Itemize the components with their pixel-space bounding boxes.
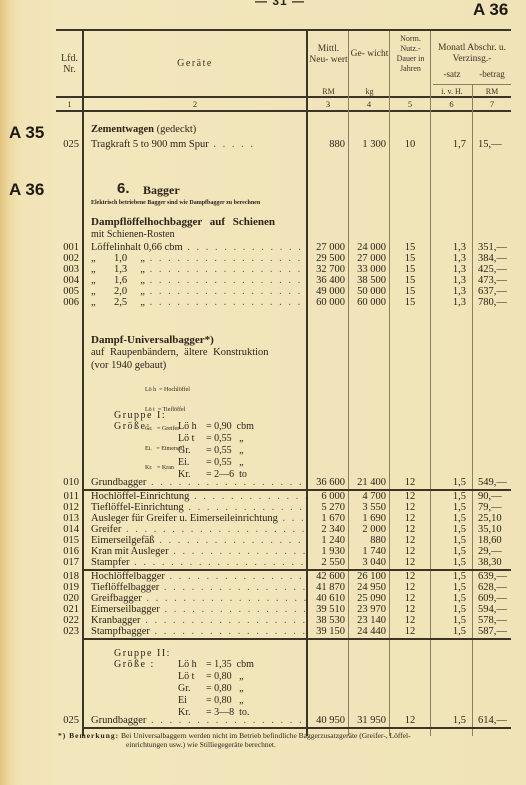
zementwagen-title: Zementwagen (gedeckt) (91, 124, 196, 135)
row-betrag: 384,— (478, 253, 512, 264)
row-dauer: 12 (390, 557, 430, 568)
row-satz: 1,3 (431, 275, 466, 286)
row-desc: Stampfer . . . . . . . . . . . . . . . .… (91, 557, 306, 568)
table-row: 002„ 1,0 „ . . . . . . . . . . . . . . .… (0, 253, 526, 264)
row-desc: Hochlöffel-Einrichtung . . . . . . . . .… (91, 491, 306, 502)
row-dauer: 12 (390, 502, 430, 513)
table-row: 011Hochlöffel-Einrichtung . . . . . . . … (0, 491, 526, 502)
row-neuwert: 2 550 (307, 557, 345, 568)
size-key: Ei (178, 695, 206, 707)
table-row: 010Grundbagger . . . . . . . . . . . . .… (0, 477, 526, 488)
table-row: 005„ 2,0 „ . . . . . . . . . . . . . . .… (0, 286, 526, 297)
row-gewicht: 3 040 (349, 557, 386, 568)
size-value: = 0,55 „ (206, 457, 244, 468)
colnum-3: 3 (308, 99, 348, 109)
row-nr: 014 (57, 524, 79, 535)
footnote-text-2: einrichtungen usw.) wie Stilliegegeräte … (58, 740, 518, 749)
legend-item: Lö h = Hochlöffel (145, 387, 190, 394)
size-spec: Lö t= 0,80 „ (178, 671, 254, 683)
row-gewicht: 2 000 (349, 524, 386, 535)
row-nr: 003 (57, 264, 79, 275)
row-satz: 1,5 (431, 593, 466, 604)
sub1-title: Dampflöffelhochbagger auf Schienen (91, 216, 275, 228)
size-key: Lö h (178, 421, 206, 433)
row-satz: 1,5 (431, 513, 466, 524)
row-desc: Grundbagger . . . . . . . . . . . . . . … (91, 477, 306, 488)
row-satz: 1,3 (431, 297, 466, 308)
row-dauer: 15 (390, 242, 430, 253)
table-row: 012Tieflöffel-Einrichtung . . . . . . . … (0, 502, 526, 513)
row-nr: 019 (57, 582, 79, 593)
row-nr: 020 (57, 593, 79, 604)
size-value: = 0,80 „ (206, 671, 244, 682)
row-dauer: 15 (390, 275, 430, 286)
header-satz-unit: i. v. H. (432, 86, 472, 97)
row-desc: „ 2,5 „ . . . . . . . . . . . . . . . . … (91, 297, 306, 308)
row-desc: Hochlöffelbagger . . . . . . . . . . . .… (91, 571, 306, 582)
row-betrag: 639,— (478, 571, 512, 582)
header-monatl-abschr: Monatl Abschr. u. Verzinsg.- (432, 43, 512, 65)
size-spec: Ei.= 0,55 „ (178, 457, 254, 469)
subheader-rule (433, 84, 511, 85)
row-dauer: 12 (390, 582, 430, 593)
size-key: Ei. (178, 457, 206, 469)
size-spec: Lö t= 0,55 „ (178, 433, 254, 445)
row-desc: „ 1,0 „ . . . . . . . . . . . . . . . . … (91, 253, 306, 264)
row-gewicht: 1 740 (349, 546, 386, 557)
table-row: 015Eimerseilgefäß . . . . . . . . . . . … (0, 535, 526, 546)
row-satz: 1,7 (431, 139, 466, 150)
row-nr: 017 (57, 557, 79, 568)
row-satz: 1,5 (431, 604, 466, 615)
table-row: 003„ 1,3 „ . . . . . . . . . . . . . . .… (0, 264, 526, 275)
row-dauer: 15 (390, 253, 430, 264)
row-dauer: 12 (390, 615, 430, 626)
row-desc: Stampfbagger . . . . . . . . . . . . . .… (91, 626, 306, 637)
row-gewicht: 50 000 (349, 286, 386, 297)
row-satz: 1,5 (431, 477, 466, 488)
table-row: 014Greifer . . . . . . . . . . . . . . .… (0, 524, 526, 535)
row-nr: 002 (57, 253, 79, 264)
row-nr: 001 (57, 242, 79, 253)
row-desc: Kranbagger . . . . . . . . . . . . . . .… (91, 615, 306, 626)
size-spec: Ei= 0,80 „ (178, 695, 254, 707)
header-nutzdauer: Norm. Nutz.- Dauer in Jahren (391, 34, 430, 74)
row-desc: „ 1,6 „ . . . . . . . . . . . . . . . . … (91, 275, 306, 286)
row-desc: Grundbagger . . . . . . . . . . . . . . … (91, 715, 306, 726)
row-gewicht: 4 700 (349, 491, 386, 502)
sub2-title: Dampf-Universalbagger*) (91, 334, 214, 346)
row-betrag: 351,— (478, 242, 512, 253)
table-row: 025Grundbagger . . . . . . . . . . . . .… (0, 715, 526, 726)
row-dauer: 12 (390, 571, 430, 582)
row-dauer: 12 (390, 535, 430, 546)
row-satz: 1,5 (431, 524, 466, 535)
section-mark-top: A 36 (473, 0, 508, 20)
table-row: 017Stampfer . . . . . . . . . . . . . . … (0, 557, 526, 568)
row-neuwert: 880 (307, 139, 345, 150)
row-neuwert: 5 270 (307, 502, 345, 513)
row-neuwert: 42 600 (307, 571, 345, 582)
row-betrag: 15,— (478, 139, 512, 150)
row-nr: 006 (57, 297, 79, 308)
size-key: Lö t (178, 433, 206, 445)
row-betrag: 90,— (478, 491, 512, 502)
row-neuwert: 39 510 (307, 604, 345, 615)
row-neuwert: 27 000 (307, 242, 345, 253)
row-nr: 015 (57, 535, 79, 546)
row-dauer: 15 (390, 264, 430, 275)
row-gewicht: 1 300 (349, 139, 386, 150)
row-neuwert: 2 340 (307, 524, 345, 535)
row-nr: 022 (57, 615, 79, 626)
row-desc: Tragkraft 5 to 900 mm Spur . . . . . (91, 139, 306, 150)
row-desc: „ 2,0 „ . . . . . . . . . . . . . . . . … (91, 286, 306, 297)
row-gewicht: 38 500 (349, 275, 386, 286)
row-gewicht: 26 100 (349, 571, 386, 582)
size-value: = 0,90 cbm (206, 421, 254, 432)
row-dauer: 15 (390, 286, 430, 297)
row-neuwert: 49 000 (307, 286, 345, 297)
footnote-text-1: Bei Universalbaggern werden nicht im Bet… (121, 731, 411, 740)
row-nr: 011 (57, 491, 79, 502)
row-neuwert: 39 150 (307, 626, 345, 637)
row-betrag: 38,30 (478, 557, 512, 568)
colnum-7: 7 (473, 99, 511, 109)
row-betrag: 35,10 (478, 524, 512, 535)
size-spec: Lö h= 0,90 cbm (178, 421, 254, 433)
sub2-line2: (vor 1940 gebaut) (91, 360, 166, 371)
row-satz: 1,5 (431, 491, 466, 502)
colnum-6: 6 (431, 99, 472, 109)
row-desc: Tieflöffel-Einrichtung . . . . . . . . .… (91, 502, 306, 513)
row-dauer: 12 (390, 604, 430, 615)
row-dauer: 12 (390, 524, 430, 535)
footnote-marker: *) Bemerkung: (58, 731, 119, 740)
table-row: 004„ 1,6 „ . . . . . . . . . . . . . . .… (0, 275, 526, 286)
row-neuwert: 29 500 (307, 253, 345, 264)
row-dauer: 12 (390, 477, 430, 488)
row-nr: 004 (57, 275, 79, 286)
row-gewicht: 1 690 (349, 513, 386, 524)
size-key: Lö t (178, 671, 206, 683)
row-dauer: 12 (390, 546, 430, 557)
row-neuwert: 40 950 (307, 715, 345, 726)
gruppe1-sizes: Lö h= 0,90 cbmLö t= 0,55 „Gr.= 0,55 „Ei.… (178, 421, 254, 481)
row-neuwert: 1 240 (307, 535, 345, 546)
size-value: = 0,80 „ (206, 695, 244, 706)
colnum-2: 2 (84, 99, 306, 109)
header-neuwert: Mittl. Neu- wert (309, 44, 348, 66)
size-value: = 0,80 „ (206, 683, 244, 694)
table-row: 021Eimerseilbagger . . . . . . . . . . .… (0, 604, 526, 615)
colnum-5: 5 (390, 99, 430, 109)
row-satz: 1,5 (431, 715, 466, 726)
footnote: *) Bemerkung: Bei Universalbaggern werde… (58, 731, 518, 749)
row-gewicht: 23 140 (349, 615, 386, 626)
row-satz: 1,5 (431, 557, 466, 568)
row-satz: 1,5 (431, 546, 466, 557)
row-gewicht: 23 970 (349, 604, 386, 615)
table-row: 022Kranbagger . . . . . . . . . . . . . … (0, 615, 526, 626)
size-key: Lö h (178, 659, 206, 671)
row-betrag: 637,— (478, 286, 512, 297)
row-neuwert: 6 000 (307, 491, 345, 502)
row-nr: 018 (57, 571, 79, 582)
size-key: Gr. (178, 445, 206, 457)
row-gewicht: 3 550 (349, 502, 386, 513)
row-neuwert: 36 400 (307, 275, 345, 286)
gruppe2-groesse-label: Größe : (114, 659, 155, 671)
row-dauer: 12 (390, 513, 430, 524)
row-nr: 013 (57, 513, 79, 524)
size-spec: Gr.= 0,80 „ (178, 683, 254, 695)
row-gewicht: 60 000 (349, 297, 386, 308)
row-satz: 1,3 (431, 264, 466, 275)
row-nr: 012 (57, 502, 79, 513)
row-gewicht: 880 (349, 535, 386, 546)
row-gewicht: 31 950 (349, 715, 386, 726)
table-row: 020Greifbagger . . . . . . . . . . . . .… (0, 593, 526, 604)
row-satz: 1,5 (431, 502, 466, 513)
row-betrag: 594,— (478, 604, 512, 615)
zementwagen-title-note: (gedeckt) (157, 124, 197, 135)
row-nr: 016 (57, 546, 79, 557)
row-dauer: 15 (390, 297, 430, 308)
gruppe1-groesse-label: Größe: (114, 421, 151, 433)
row-gewicht: 24 000 (349, 242, 386, 253)
table-row: 018Hochlöffelbagger . . . . . . . . . . … (0, 571, 526, 582)
row-betrag: 578,— (478, 615, 512, 626)
row-desc: Eimerseilgefäß . . . . . . . . . . . . .… (91, 535, 306, 546)
row-neuwert: 40 610 (307, 593, 345, 604)
row-desc: Greifer . . . . . . . . . . . . . . . . … (91, 524, 306, 535)
row-dauer: 12 (390, 715, 430, 726)
rule-after-komplett (84, 638, 511, 640)
header-neuwert-unit: RM (309, 86, 348, 97)
size-value: = 0,55 „ (206, 445, 244, 456)
row-satz: 1,3 (431, 253, 466, 264)
row-desc: Eimerseilbagger . . . . . . . . . . . . … (91, 604, 306, 615)
row-dauer: 12 (390, 593, 430, 604)
row-dauer: 12 (390, 491, 430, 502)
row-satz: 1,5 (431, 571, 466, 582)
bagger-note: Elektrisch betriebene Bagger sind wie Da… (91, 200, 303, 207)
row-neuwert: 32 700 (307, 264, 345, 275)
gruppe2-sizes: Lö h= 1,35 cbmLö t= 0,80 „Gr.= 0,80 „Ei=… (178, 659, 254, 719)
row-betrag: 79,— (478, 502, 512, 513)
row-nr: 025 (57, 139, 79, 150)
row-satz: 1,3 (431, 242, 466, 253)
row-betrag: 628,— (478, 582, 512, 593)
header-geraete: Geräte (84, 58, 306, 69)
size-key: Gr. (178, 683, 206, 695)
row-nr: 023 (57, 626, 79, 637)
row-betrag: 780,— (478, 297, 512, 308)
row-betrag: 549,— (478, 477, 512, 488)
table-row: 023Stampfbagger . . . . . . . . . . . . … (0, 626, 526, 637)
colnum-bottom-rule (56, 110, 511, 112)
table-bottom-rule (84, 727, 511, 729)
row-desc: „ 1,3 „ . . . . . . . . . . . . . . . . … (91, 264, 306, 275)
row-dauer: 10 (390, 139, 430, 150)
bagger-title: Bagger (143, 183, 180, 198)
row-nr: 021 (57, 604, 79, 615)
colnum-4: 4 (349, 99, 389, 109)
row-desc: Löffelinhalt 0,66 cbm . . . . . . . . . … (91, 242, 306, 253)
row-satz: 1,3 (431, 286, 466, 297)
row-betrag: 29,— (478, 546, 512, 557)
table-row: 013Ausleger für Greifer u. Eimerseileinr… (0, 513, 526, 524)
row-gewicht: 27 000 (349, 253, 386, 264)
size-value: = 1,35 cbm (206, 659, 254, 670)
size-spec: Gr.= 0,55 „ (178, 445, 254, 457)
header-gewicht-unit: kg (350, 86, 389, 97)
row-betrag: 25,10 (478, 513, 512, 524)
row-satz: 1,5 (431, 582, 466, 593)
side-mark-a36: A 36 (9, 180, 44, 200)
row-neuwert: 60 000 (307, 297, 345, 308)
table-top-rule (56, 29, 511, 31)
row-desc: Tieflöffelbagger . . . . . . . . . . . .… (91, 582, 306, 593)
row-betrag: 614,— (478, 715, 512, 726)
row-desc: Greifbagger . . . . . . . . . . . . . . … (91, 593, 306, 604)
table-row: 001Löffelinhalt 0,66 cbm . . . . . . . .… (0, 242, 526, 253)
page-number: — 31 — (255, 0, 305, 8)
table-row: 019Tieflöffelbagger . . . . . . . . . . … (0, 582, 526, 593)
table-row: 016Kran mit Ausleger . . . . . . . . . .… (0, 546, 526, 557)
row-gewicht: 24 950 (349, 582, 386, 593)
row-desc: Ausleger für Greifer u. Eimerseileinrich… (91, 513, 306, 524)
row-neuwert: 1 670 (307, 513, 345, 524)
row-neuwert: 41 870 (307, 582, 345, 593)
sub1-subtitle: mit Schienen-Rosten (91, 229, 175, 240)
row-betrag: 473,— (478, 275, 512, 286)
size-value: = 0,55 „ (206, 433, 244, 444)
row-satz: 1,5 (431, 535, 466, 546)
header-satz: -satz (432, 69, 472, 80)
header-lfd-nr: Lfd. Nr. (57, 53, 82, 75)
row-satz: 1,5 (431, 626, 466, 637)
colnum-1: 1 (57, 99, 82, 109)
row-satz: 1,5 (431, 615, 466, 626)
row-gewicht: 33 000 (349, 264, 386, 275)
row-betrag: 18,60 (478, 535, 512, 546)
header-gewicht: Ge- wicht (350, 49, 389, 60)
row-neuwert: 38 530 (307, 615, 345, 626)
row-gewicht: 25 090 (349, 593, 386, 604)
row-nr: 005 (57, 286, 79, 297)
size-spec: Lö h= 1,35 cbm (178, 659, 254, 671)
row-neuwert: 36 600 (307, 477, 345, 488)
zementwagen-title-text: Zementwagen (91, 124, 154, 135)
row-betrag: 587,— (478, 626, 512, 637)
sub2-line1: auf Raupenbändern, ältere Konstruktion (91, 347, 269, 358)
row-neuwert: 1 930 (307, 546, 345, 557)
header-betrag-unit: RM (473, 86, 511, 97)
row-betrag: 425,— (478, 264, 512, 275)
row-gewicht: 21 400 (349, 477, 386, 488)
row-nr: 010 (57, 477, 79, 488)
bagger-number: 6. (117, 180, 130, 197)
row-betrag: 609,— (478, 593, 512, 604)
header-betrag: -betrag (473, 69, 511, 80)
row-gewicht: 24 440 (349, 626, 386, 637)
row-nr: 025 (57, 715, 79, 726)
table-row: 006„ 2,5 „ . . . . . . . . . . . . . . .… (0, 297, 526, 308)
row-desc: Kran mit Ausleger . . . . . . . . . . . … (91, 546, 306, 557)
table-row: 025 Tragkraft 5 to 900 mm Spur . . . . .… (0, 139, 526, 150)
row-dauer: 12 (390, 626, 430, 637)
